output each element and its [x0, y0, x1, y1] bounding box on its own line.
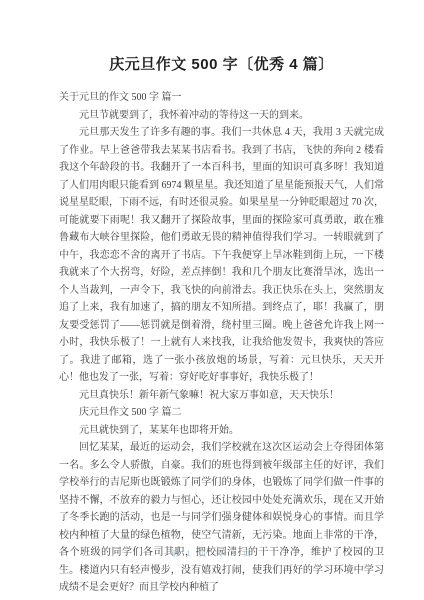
- page-number-footer: 第 1 页 共 3 页: [0, 548, 424, 559]
- document-body: 关于元旦的作文 500 字 篇一 元旦节就要到了，我怀着冲动的等待这一天的到来。…: [59, 89, 384, 597]
- document-title: 庆元旦作文 500 字〔优秀 4 篇〕: [59, 55, 384, 75]
- paragraph: 回忆某某，最近的运动会，我们学校就在这次区运动会上夺得团体第一名。多么令人骄傲，…: [59, 439, 384, 597]
- paragraph: 元旦真快乐！新年新气象嘛！祝大家万事如意，天天快乐！: [59, 387, 384, 405]
- document-page: 庆元旦作文 500 字〔优秀 4 篇〕 关于元旦的作文 500 字 篇一 元旦节…: [0, 0, 424, 600]
- section-heading: 关于元旦的作文 500 字 篇一: [59, 89, 384, 107]
- paragraph: 元旦就快到了，某某年也即将开始。: [59, 422, 384, 440]
- paragraph: 元旦那天发生了许多有趣的事。我们一共休息 4 天，我用 3 天就完成了作业。早上…: [59, 124, 384, 387]
- paragraph: 元旦节就要到了，我怀着冲动的等待这一天的到来。: [59, 107, 384, 125]
- section-heading: 庆元旦作文 500 字 篇二: [59, 404, 384, 422]
